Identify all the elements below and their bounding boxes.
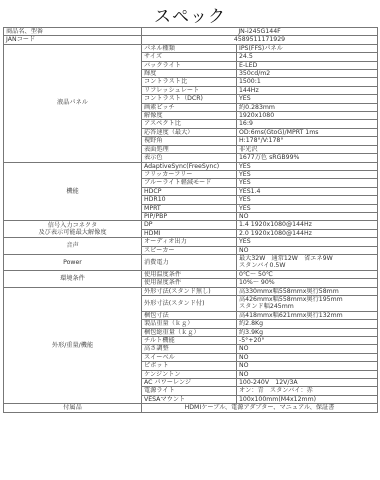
spec-name: 製品重量（ｋｇ）: [142, 320, 237, 328]
table-row: 音声 オーディオ出力 YES: [4, 238, 378, 246]
spec-name: 応答速度（最大）: [142, 128, 237, 136]
table-row: 信号入力コネクタ 及び表示可能最大解像度 DP 1.4 1920x1080@14…: [4, 221, 378, 229]
spec-value: 約0.283mm: [237, 103, 378, 111]
spec-value: YES: [237, 170, 378, 178]
group-label-accessories: 付属品: [4, 404, 142, 412]
spec-name: 画素ピッチ: [142, 103, 237, 111]
spec-value: YES1.4: [237, 187, 378, 195]
spec-value: NO: [237, 212, 378, 220]
spec-value: 100-240V 12V/3A: [237, 379, 378, 387]
spec-value: NO: [237, 246, 378, 254]
spec-label: JANコード: [4, 36, 142, 44]
spec-value: 約3.9Kg: [237, 328, 378, 336]
spec-value: 高426mmx幅558mmx奥行195mm スタンド幅245mm: [237, 296, 378, 312]
spec-table: 商品名、型番 JN-i245G144F JANコード 4589511171929…: [3, 27, 378, 413]
spec-name: フリッカーフリー: [142, 170, 237, 178]
model-number: JN-i245G144F: [142, 28, 378, 36]
spec-value: YES: [237, 196, 378, 204]
group-label-audio: 音声: [4, 238, 142, 255]
spec-name: コントラスト比: [142, 78, 237, 86]
spec-value: -5°+20°: [237, 337, 378, 345]
spec-name: 使用温度条件: [142, 270, 237, 278]
spec-value: H:178°/V:178°: [237, 137, 378, 145]
spec-value: 144Hz: [237, 86, 378, 94]
accessories-value: HDMIケーブル、電源アダプター、マニュアル、保証書: [142, 404, 378, 412]
spec-value: 1677万色 sRGB99%: [237, 154, 378, 162]
spec-value: 高330mmx幅558mmx奥行58mm: [237, 287, 378, 295]
spec-name: 視野角: [142, 137, 237, 145]
group-label-power: Power: [4, 254, 142, 270]
table-row: 商品名、型番 JN-i245G144F: [4, 28, 378, 36]
spec-value: E-LED: [237, 61, 378, 69]
spec-value-line: スタンバイ0.5W: [239, 262, 375, 269]
spec-name: HDMI: [142, 229, 237, 237]
spec-name: 消費電力: [142, 254, 237, 270]
spec-name: ピボット: [142, 362, 237, 370]
spec-value: 非光沢: [237, 145, 378, 153]
spec-value: 約2.8Kg: [237, 320, 378, 328]
spec-name: MPRT: [142, 204, 237, 212]
spec-value: 1920x1080: [237, 112, 378, 120]
spec-name: 表面処理: [142, 145, 237, 153]
spec-value: 1500:1: [237, 78, 378, 86]
spec-name: 外形寸法(スタンド無し): [142, 287, 237, 295]
spec-value-line: スタンド幅245mm: [239, 303, 375, 310]
spec-name: HDR10: [142, 196, 237, 204]
spec-value: NO: [237, 362, 378, 370]
spec-name: 梱包寸法: [142, 311, 237, 319]
spec-name: 表示色: [142, 154, 237, 162]
spec-name: AdaptiveSync(FreeSync): [142, 162, 237, 170]
spec-name: サイズ: [142, 53, 237, 61]
group-label-signal-input: 信号入力コネクタ 及び表示可能最大解像度: [4, 221, 142, 238]
spec-value: 10%～ 90%: [237, 279, 378, 287]
spec-value: NO: [237, 370, 378, 378]
spec-value: 350cd/m2: [237, 70, 378, 78]
table-row: 外形/重量/機能 外形寸法(スタンド無し) 高330mmx幅558mmx奥行58…: [4, 287, 378, 295]
spec-value: IPS(FFS)パネル: [237, 44, 378, 52]
spec-name: 解像度: [142, 112, 237, 120]
table-row: Power 消費電力 最大32W 通常12W 省エネ9W スタンバイ0.5W: [4, 254, 378, 270]
spec-name: スピーカー: [142, 246, 237, 254]
spec-value: OD:6ms(GtoG)/MPRT 1ms: [237, 128, 378, 136]
spec-value: オン：青 スタンバイ：赤: [237, 387, 378, 395]
spec-name: DP: [142, 221, 237, 229]
spec-name: 電源ライト: [142, 387, 237, 395]
group-label-line: 及び表示可能最大解像度: [6, 229, 139, 236]
spec-name: 外形寸法(スタンド付): [142, 296, 237, 312]
spec-name: PIP/PBP: [142, 212, 237, 220]
spec-value: 16:9: [237, 120, 378, 128]
spec-value: YES: [237, 179, 378, 187]
spec-value: 2.0 1920x1080@144Hz: [237, 229, 378, 237]
page-title: スペック: [0, 2, 380, 27]
group-label-dimensions: 外形/重量/機能: [4, 287, 142, 404]
spec-label: 商品名、型番: [4, 28, 142, 36]
spec-name: 梱包総重量（ｋｇ）: [142, 328, 237, 336]
spec-name: コントラスト（DCR): [142, 95, 237, 103]
table-row: 機能 AdaptiveSync(FreeSync) YES: [4, 162, 378, 170]
spec-name: ケンジントン: [142, 370, 237, 378]
spec-name: パネル種類: [142, 44, 237, 52]
table-row: 液晶パネル パネル種類 IPS(FFS)パネル: [4, 44, 378, 52]
spec-name: ブルーライト軽減モード: [142, 179, 237, 187]
spec-name: スイーベル: [142, 353, 237, 361]
spec-value: 1.4 1920x1080@144Hz: [237, 221, 378, 229]
table-row: JANコード 4589511171929: [4, 36, 378, 44]
group-label-lcd: 液晶パネル: [4, 44, 142, 162]
spec-value: 最大32W 通常12W 省エネ9W スタンバイ0.5W: [237, 254, 378, 270]
spec-name: アスペクト比: [142, 120, 237, 128]
spec-value: YES: [237, 238, 378, 246]
spec-name: リフレッシュレート: [142, 86, 237, 94]
spec-name: 使用湿度条件: [142, 279, 237, 287]
table-row: 環境条件 使用温度条件 0℃～ 50℃: [4, 270, 378, 278]
spec-name: 輝度: [142, 70, 237, 78]
spec-name: オーディオ出力: [142, 238, 237, 246]
spec-value: YES: [237, 204, 378, 212]
spec-value: 100x100mm(M4x12mm): [237, 395, 378, 403]
spec-value: 高418mmx幅621mmx奥行132mm: [237, 311, 378, 319]
jan-code: 4589511171929: [142, 36, 378, 44]
spec-name: AC パワーレンジ: [142, 379, 237, 387]
table-row: 付属品 HDMIケーブル、電源アダプター、マニュアル、保証書: [4, 404, 378, 412]
spec-name: バックライト: [142, 61, 237, 69]
group-label-environment: 環境条件: [4, 270, 142, 287]
group-label-functions: 機能: [4, 162, 142, 221]
spec-name: VESAマウント: [142, 395, 237, 403]
spec-value: YES: [237, 162, 378, 170]
spec-name: チルト機能: [142, 337, 237, 345]
spec-value: 0℃～ 50℃: [237, 270, 378, 278]
spec-value: NO: [237, 345, 378, 353]
spec-name: 高さ調整: [142, 345, 237, 353]
spec-name: HDCP: [142, 187, 237, 195]
spec-value: NO: [237, 353, 378, 361]
spec-value: 24.5: [237, 53, 378, 61]
spec-value: YES: [237, 95, 378, 103]
